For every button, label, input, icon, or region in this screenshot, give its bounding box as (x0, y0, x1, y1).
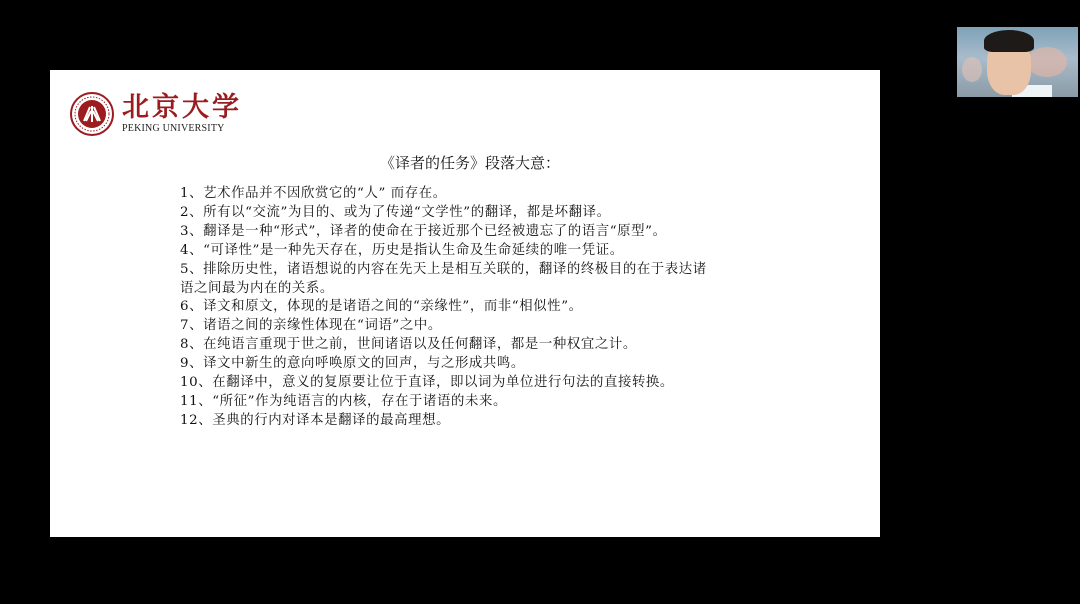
paragraph-summary-list: 1、艺术作品并不因欣赏它的“人” 而存在。 2、所有以“交流”为目的、或为了传递… (180, 185, 780, 431)
logo-chinese-name: 北京大学 (122, 93, 242, 123)
peking-university-seal-icon (70, 92, 114, 136)
list-item: 11、“所征”作为纯语言的内核，存在于诸语的未来。 (180, 393, 780, 412)
list-item: 4、“可译性”是一种先天存在，历史是指认生命及生命延续的唯一凭证。 (180, 242, 780, 261)
list-item: 9、译文中新生的意向呼唤原文的回声，与之形成共鸣。 (180, 355, 780, 374)
list-item: 12、圣典的行内对译本是翻译的最高理想。 (180, 412, 780, 431)
presentation-slide: 北京大学 PEKING UNIVERSITY 《译者的任务》段落大意： 1、艺术… (50, 70, 880, 537)
list-item: 5、排除历史性，诸语想说的内容在先天上是相互关联的，翻译的终极目的在于表达诸 语… (180, 261, 780, 299)
list-item: 3、翻译是一种“形式”，译者的使命在于接近那个已经被遗忘了的语言“原型”。 (180, 223, 780, 242)
list-item: 8、在纯语言重现于世之前，世间诸语以及任何翻译，都是一种权宜之计。 (180, 336, 780, 355)
list-item: 1、艺术作品并不因欣赏它的“人” 而存在。 (180, 185, 780, 204)
list-item: 6、译文和原文，体现的是诸语之间的“亲缘性”，而非“相似性”。 (180, 298, 780, 317)
presenter-webcam-thumbnail[interactable] (957, 27, 1078, 97)
university-logo: 北京大学 PEKING UNIVERSITY (70, 92, 242, 136)
list-item: 7、诸语之间的亲缘性体现在“词语”之中。 (180, 317, 780, 336)
list-item: 10、在翻译中，意义的复原要让位于直译，即以词为单位进行句法的直接转换。 (180, 374, 780, 393)
logo-english-name: PEKING UNIVERSITY (122, 123, 242, 135)
list-item: 2、所有以“交流”为目的、或为了传递“文学性”的翻译，都是坏翻译。 (180, 204, 780, 223)
slide-title: 《译者的任务》段落大意： (380, 152, 560, 173)
